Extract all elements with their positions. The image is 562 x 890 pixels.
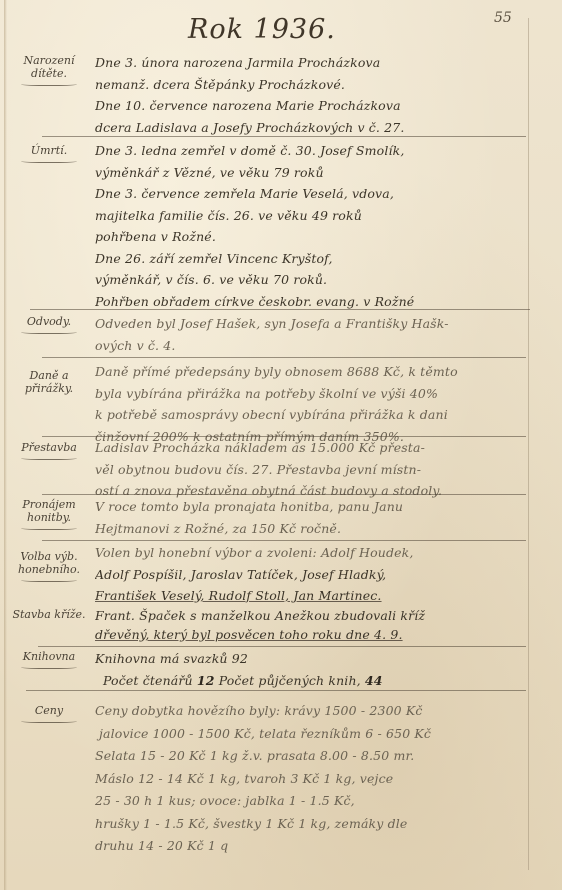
- library-stats-row: Počet čtenářů 12 Počet půjčených knih, 4…: [95, 670, 525, 692]
- text-line: dcera Ladislava a Josefy Procházkových v…: [95, 117, 525, 139]
- page-title: Rok 1936.: [188, 14, 336, 45]
- text-line: věl obytnou budovu čís. 27. Přestavba je…: [95, 459, 525, 481]
- text-line: výměnkář, v čís. 6. ve věku 70 roků.: [95, 269, 525, 291]
- text-line: Adolf Pospíšil, Jaroslav Tatíček, Josef …: [95, 564, 525, 586]
- section-label-conscription: Odvody.: [12, 315, 86, 334]
- chronicle-page: Rok 1936. 55 Narození dítěte. Dne 3. úno…: [0, 0, 562, 890]
- text-line: pohřbena v Rožné.: [95, 226, 525, 248]
- section-body-library: Knihovna má svazků 92 Počet čtenářů 12 P…: [95, 648, 525, 692]
- section-body-births: Dne 3. února narozena Jarmila Procházkov…: [95, 52, 525, 138]
- section-label-prices: Ceny: [12, 704, 86, 723]
- section-label-deaths: Úmrtí.: [12, 144, 86, 163]
- section-body-cross-building: Frant. Špaček s manželkou Anežkou zbudov…: [95, 606, 525, 644]
- label-underline: [21, 719, 77, 723]
- text-line: Ceny dobytka hovězího byly: krávy 1500 -…: [95, 700, 525, 723]
- text-line: Dne 3. ledna zemřel v domě č. 30. Josef …: [95, 140, 525, 162]
- text-line: nemanž. dcera Štěpánky Procházkové.: [95, 74, 525, 96]
- section-body-hunting-committee: Volen byl honební výbor a zvoleni: Adolf…: [95, 542, 525, 607]
- text-line: František Veselý, Rudolf Stoll, Jan Mart…: [95, 585, 525, 607]
- section-body-hunting-lease: V roce tomto byla pronajata honitba, pan…: [95, 496, 525, 539]
- section-divider: [42, 494, 526, 495]
- text-line: Frant. Špaček s manželkou Anežkou zbudov…: [95, 606, 525, 625]
- text-line: ových v č. 4.: [95, 335, 525, 357]
- section-body-prices: Ceny dobytka hovězího byly: krávy 1500 -…: [95, 700, 525, 858]
- section-label-births: Narození dítěte.: [12, 54, 86, 86]
- section-label-hunting-committee: Volba výb. honebního.: [12, 550, 86, 582]
- text-line: výměnkář z Vězné, ve věku 79 roků: [95, 162, 525, 184]
- label-underline: [21, 578, 77, 582]
- text-line: dřevěný, který byl posvěcen toho roku dn…: [95, 625, 525, 644]
- text-line: Knihovna má svazků 92: [95, 648, 525, 670]
- text-line: byla vybírána přirážka na potřeby školní…: [95, 383, 525, 405]
- text-line: Odveden byl Josef Hašek, syn Josefa a Fr…: [95, 313, 525, 335]
- text-line: hrušky 1 - 1.5 Kč, švestky 1 Kč 1 kg, ze…: [95, 813, 525, 836]
- text-line: Dne 10. července narozena Marie Procházk…: [95, 95, 525, 117]
- text-line: Ladislav Procházka nákladem as 15.000 Kč…: [95, 437, 525, 459]
- right-margin-rule: [528, 18, 529, 870]
- text-line: Dne 26. září zemřel Vincenc Kryštof,: [95, 248, 525, 270]
- section-label-library: Knihovna: [12, 650, 86, 669]
- section-body-taxes: Daně přímé předepsány byly obnosem 8688 …: [95, 361, 525, 447]
- text-line: jalovice 1000 - 1500 Kč, telata řezníkům…: [95, 723, 525, 746]
- label-underline: [21, 526, 77, 530]
- section-body-conscription: Odveden byl Josef Hašek, syn Josefa a Fr…: [95, 313, 525, 356]
- readers-count: Počet čtenářů 12: [95, 673, 219, 688]
- text-line: Daně přímé předepsány byly obnosem 8688 …: [95, 361, 525, 383]
- text-line: Hejtmanovi z Rožné, za 150 Kč ročně.: [95, 518, 525, 540]
- section-label-hunting-lease: Pronájem honitby.: [12, 498, 86, 530]
- section-divider: [42, 136, 526, 137]
- section-label-rebuild: Přestavba: [12, 441, 86, 460]
- section-label-taxes: Daně a přirážky.: [12, 369, 86, 395]
- page-number: 55: [494, 10, 512, 26]
- section-divider: [42, 540, 526, 541]
- text-line: majitelka familie čís. 26. ve věku 49 ro…: [95, 205, 525, 227]
- loans-count: Počet půjčených knih, 44: [219, 673, 383, 688]
- section-label-cross-building: Stavba kříže.: [12, 608, 86, 621]
- section-body-rebuild: Ladislav Procházka nákladem as 15.000 Kč…: [95, 437, 525, 502]
- text-line: Máslo 12 - 14 Kč 1 kg, tvaroh 3 Kč 1 kg,…: [95, 768, 525, 791]
- section-divider: [30, 309, 530, 310]
- text-line: Volen byl honební výbor a zvoleni: Adolf…: [95, 542, 525, 564]
- label-underline: [21, 330, 77, 334]
- section-body-deaths: Dne 3. ledna zemřel v domě č. 30. Josef …: [95, 140, 525, 312]
- label-underline: [21, 665, 77, 669]
- text-line: k potřebě samosprávy obecní vybírána při…: [95, 404, 525, 426]
- text-line: Dne 3. února narozena Jarmila Procházkov…: [95, 52, 525, 74]
- text-line: V roce tomto byla pronajata honitba, pan…: [95, 496, 525, 518]
- label-underline: [21, 456, 77, 460]
- text-line: Selata 15 - 20 Kč 1 kg ž.v. prasata 8.00…: [95, 745, 525, 768]
- section-divider: [26, 690, 526, 691]
- label-underline: [21, 159, 77, 163]
- section-divider: [42, 357, 526, 358]
- text-line: 25 - 30 h 1 kus; ovoce: jablka 1 - 1.5 K…: [95, 790, 525, 813]
- section-divider: [38, 646, 526, 647]
- text-line: Dne 3. července zemřela Marie Veselá, vd…: [95, 183, 525, 205]
- label-underline: [21, 82, 77, 86]
- text-line: druhu 14 - 20 Kč 1 q: [95, 835, 525, 858]
